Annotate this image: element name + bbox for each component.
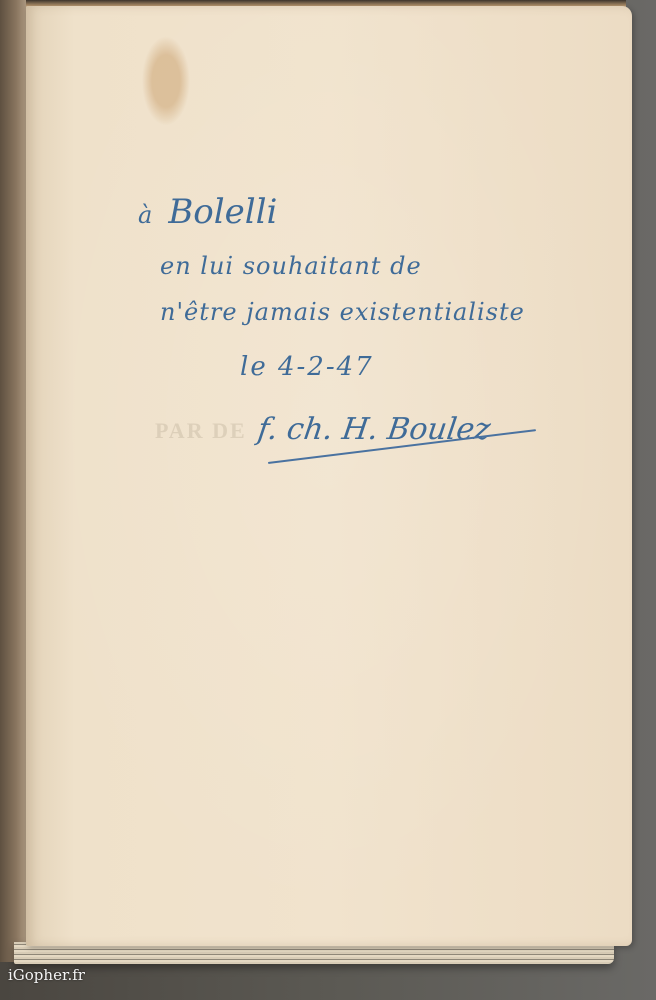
book-page [26,6,632,946]
inscription-name: Bolelli [168,192,277,232]
signature: f. ch. H. Boulez [256,412,493,447]
showthrough-print: PAR DE [155,418,247,444]
inscription-prefix: à [138,201,152,229]
inscription-line-3: n'être jamais existentialiste [160,298,525,326]
watermark-logo: iGopher.fr [8,966,85,984]
inscription-date: le 4-2-47 [240,352,374,382]
inscription-line-2: en lui souhaitant de [160,252,422,280]
inscription-line-dedicatee: àBolelli [138,192,277,232]
